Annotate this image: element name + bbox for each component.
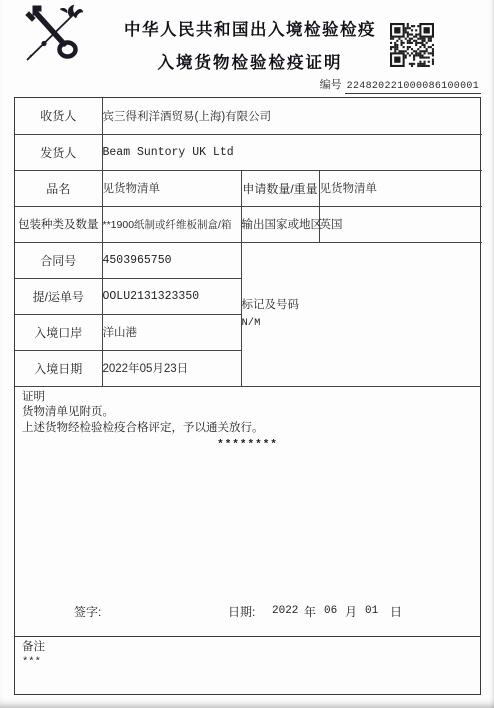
asterisks-separator: ******** (22, 438, 473, 453)
field-value-contract-no: 4503965750 (102, 242, 241, 278)
field-label-contract-no: 合同号 (15, 242, 102, 278)
field-value-consignor: Beam Suntory UK Ltd (102, 134, 482, 170)
serial-row: 编号224820221000086100001 (320, 76, 481, 94)
marks-and-numbers-cell: 标记及号码 N/M (241, 242, 482, 386)
field-value-product-name: 见货物清单 (102, 170, 241, 206)
field-value-consignee: 宾三得利洋酒贸易(上海)有限公司 (102, 98, 482, 134)
document-body: 收货人 宾三得利洋酒贸易(上海)有限公司 发货人 Beam Suntory UK… (14, 97, 481, 695)
field-value-packaging: **1900纸制或纤维板制盒/箱 (102, 206, 241, 242)
field-value-bl-no: OOLU2131323350 (102, 278, 241, 314)
field-label-consignee: 收货人 (15, 98, 102, 134)
signature-row: 签字: 日期: 2022 年 06 月 01 日 (15, 604, 480, 620)
certificate-line-1: 货物清单见附页。 (22, 405, 473, 420)
field-value-entry-date: 2022年05月23日 (102, 350, 241, 386)
field-label-export-country: 输出国家或地区 (241, 206, 319, 242)
field-label-entry-date: 入境日期 (15, 350, 102, 386)
date-year: 2022 (272, 604, 298, 619)
marks-label: 标记及号码 (242, 299, 300, 311)
date-month: 06 (324, 604, 337, 619)
serial-number: 224820221000086100001 (345, 81, 481, 94)
table-row: 收货人 宾三得利洋酒贸易(上海)有限公司 (15, 98, 482, 134)
title-line-2: 入境货物检验检疫证明 (100, 49, 400, 73)
date-label: 日期: (228, 604, 255, 620)
date-day: 01 (365, 604, 378, 619)
field-label-product-name: 品名 (15, 170, 102, 206)
ciq-emblem-icon (20, 2, 84, 68)
table-row: 包装种类及数量 **1900纸制或纤维板制盒/箱 输出国家或地区 英国 (15, 206, 482, 242)
title-line-1: 中华人民共和国出入境检验检疫 (100, 16, 400, 40)
certificate-section: 证明 货物清单见附页。 上述货物经检验检疫合格评定，予以通关放行。 ******… (15, 386, 480, 636)
field-label-entry-port: 入境口岸 (15, 314, 102, 350)
marks-value: N/M (242, 317, 261, 329)
day-unit-label: 日 (390, 604, 402, 620)
year-unit-label: 年 (304, 604, 316, 620)
field-value-entry-port: 洋山港 (102, 314, 241, 350)
certificate-page: 中华人民共和国出入境检验检疫 入境货物检验检疫证明 编号224820221000… (0, 0, 494, 708)
table-row: 品名 见货物清单 申请数量/重量 见货物清单 (15, 170, 482, 206)
field-value-export-country: 英国 (319, 206, 482, 242)
field-value-quantity-weight: 见货物清单 (319, 170, 482, 206)
info-table: 收货人 宾三得利洋酒贸易(上海)有限公司 发货人 Beam Suntory UK… (15, 98, 482, 386)
remarks-label: 备注 (22, 641, 45, 653)
field-label-bl-no: 提/运单号 (15, 278, 102, 314)
certificate-heading: 证明 (22, 390, 473, 405)
qr-code (389, 23, 435, 67)
remarks-value: *** (22, 656, 473, 670)
signature-label: 签字: (74, 604, 101, 620)
document-title: 中华人民共和国出入境检验检疫 入境货物检验检疫证明 (100, 16, 400, 73)
certificate-line-2: 上述货物经检验检疫合格评定，予以通关放行。 (22, 421, 473, 436)
serial-label: 编号 (320, 79, 342, 91)
table-row: 合同号 4503965750 标记及号码 N/M (15, 242, 482, 278)
field-label-consignor: 发货人 (15, 134, 102, 170)
field-label-quantity-weight: 申请数量/重量 (241, 170, 319, 206)
remarks-section: 备注 *** (15, 636, 480, 694)
field-label-packaging: 包装种类及数量 (15, 206, 102, 242)
month-unit-label: 月 (345, 604, 357, 620)
table-row: 发货人 Beam Suntory UK Ltd (15, 134, 482, 170)
